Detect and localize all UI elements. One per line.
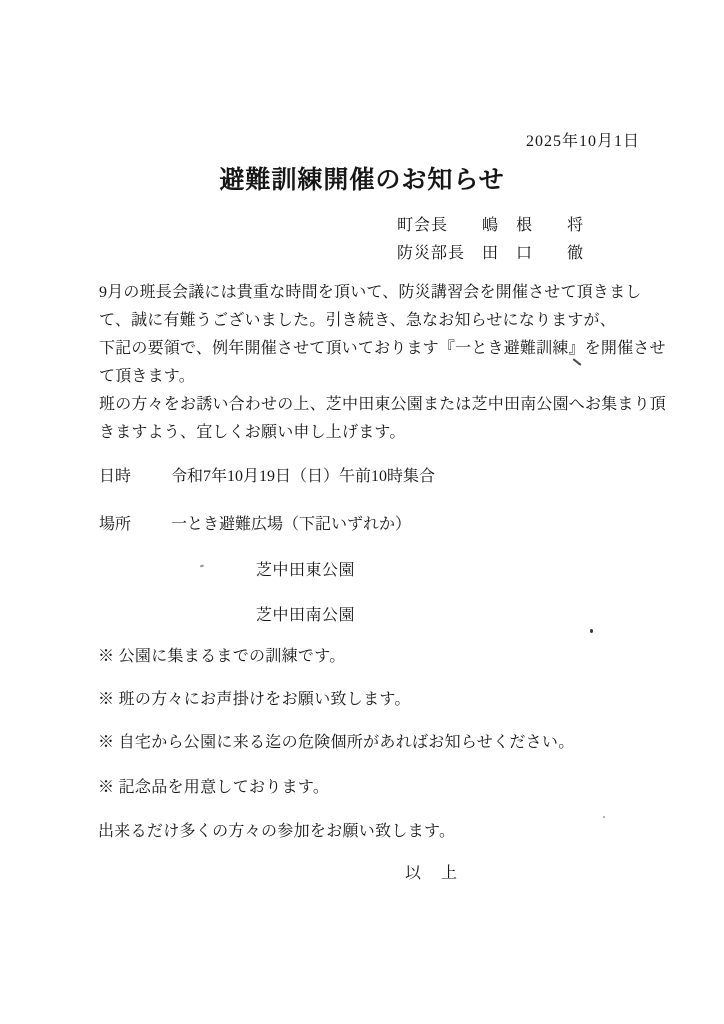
body-line-4: て頂きます。 xyxy=(99,363,644,391)
place-label: 場所 xyxy=(99,511,171,534)
body-line-6: きますよう、宜しくお願い申し上げます。 xyxy=(99,419,644,447)
note-souvenir: ※ 記念品を用意しております。 xyxy=(98,774,329,797)
scan-artifact-dot xyxy=(603,816,605,818)
closing-request: 出来るだけ多くの方々の参加をお願い致します。 xyxy=(98,818,455,841)
body-line-1: 9月の班長会議には貴重な時間を頂いて、防災講習会を開催させて頂きまし xyxy=(99,279,644,307)
datetime-label: 日時 xyxy=(99,463,171,486)
scan-artifact-tick xyxy=(200,565,204,568)
scan-artifact-dot xyxy=(590,629,593,633)
body-line-5: 班の方々をお誘い合わせの上、芝中田東公園または芝中田南公園へお集まり頂 xyxy=(99,391,644,419)
note-invite-members: ※ 班の方々にお声掛けをお願い致します。 xyxy=(98,686,411,709)
body-paragraph: 9月の班長会議には貴重な時間を頂いて、防災講習会を開催させて頂きまし て、誠に有… xyxy=(99,279,644,447)
body-line-2: て、誠に有難うございました。引き続き、急なお知らせになりますが、 xyxy=(99,307,644,335)
note-report-hazards: ※ 自宅から公園に来る迄の危険個所があればお知らせください。 xyxy=(98,729,575,752)
detail-place: 場所一とき避難広場（下記いずれか） xyxy=(99,511,411,534)
document-title: 避難訓練開催のお知らせ xyxy=(0,160,724,196)
location-east-park: 芝中田東公園 xyxy=(256,557,355,580)
scanned-notice-page: 2025年10月1日 避難訓練開催のお知らせ 町会長 嶋 根 将 防災部長 田 … xyxy=(0,0,724,1024)
signature-town-chairman: 町会長 嶋 根 将 xyxy=(397,212,584,235)
location-south-park: 芝中田南公園 xyxy=(256,602,355,625)
signature-disaster-prevention-chief: 防災部長 田 口 徹 xyxy=(397,240,584,263)
detail-datetime: 日時令和7年10月19日（日）午前10時集合 xyxy=(99,463,435,486)
body-line-3: 下記の要領で、例年開催させて頂いております『一とき避難訓練』を開催させ xyxy=(99,335,644,363)
place-value: 一とき避難広場（下記いずれか） xyxy=(171,516,411,533)
note-training-scope: ※ 公園に集まるまでの訓練です。 xyxy=(98,643,346,666)
document-date: 2025年10月1日 xyxy=(526,128,640,151)
datetime-value: 令和7年10月19日（日）午前10時集合 xyxy=(171,468,435,485)
sign-off: 以 上 xyxy=(405,860,459,883)
